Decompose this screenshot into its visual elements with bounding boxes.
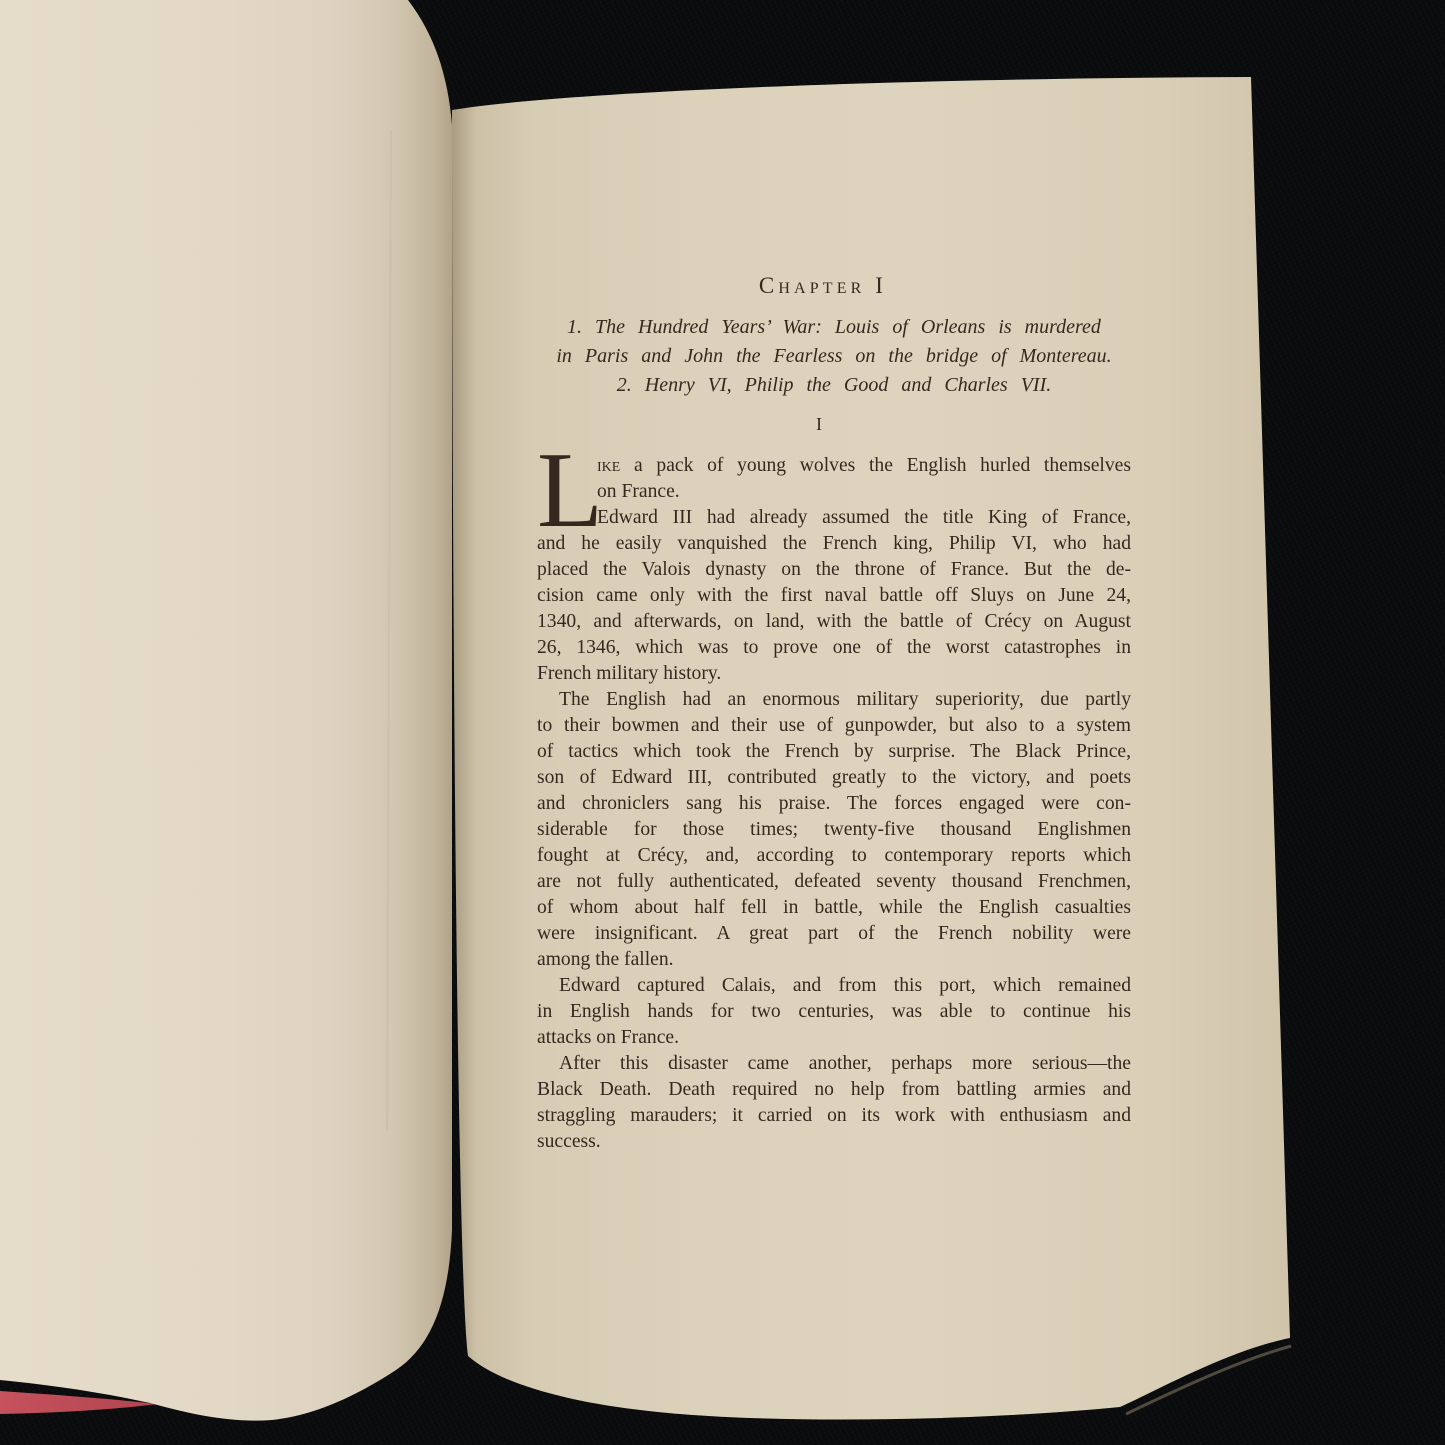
body-line: attacks on France.	[537, 1025, 1131, 1051]
opening-small-caps: ike	[597, 455, 620, 476]
body-line: of whom about half fell in battle, while…	[537, 895, 1131, 921]
body-line: and he easily vanquished the French king…	[537, 531, 1131, 557]
body-line: 26, 1346, which was to prove one of the …	[537, 635, 1131, 661]
body-line: 1340, and afterwards, on land, with the …	[537, 609, 1131, 635]
body-line: The English had an enormous military sup…	[537, 687, 1131, 713]
body-line: fought at Crécy, and, according to conte…	[537, 843, 1131, 869]
drop-cap: L	[537, 453, 593, 529]
body-line: Black Death. Death required no help from…	[537, 1077, 1131, 1103]
body-line: among the fallen.	[537, 947, 1131, 973]
body-line: French military history.	[537, 661, 1131, 687]
summary-line: 2. Henry VI, Philip the Good and Charles…	[537, 371, 1131, 400]
opening-rest: a pack of young wolves the English hurle…	[620, 455, 1131, 476]
page-text-column: Chapter I 1. The Hundred Years’ War: Lou…	[537, 0, 1131, 1155]
body-line: success.	[537, 1129, 1131, 1155]
body-line: in English hands for two centuries, was …	[537, 999, 1131, 1025]
body-line: ike a pack of young wolves the English h…	[537, 453, 1131, 479]
summary-line: in Paris and John the Fearless on the br…	[537, 342, 1131, 371]
body-line: cision came only with the first naval ba…	[537, 583, 1131, 609]
body-line: were insignificant. A great part of the …	[537, 921, 1131, 947]
body-line: on France.	[537, 479, 1131, 505]
chapter-heading: Chapter I	[526, 273, 1120, 299]
body-line: Edward captured Calais, and from this po…	[537, 973, 1131, 999]
body-line: siderable for those times; twenty-five t…	[537, 817, 1131, 843]
body-line: placed the Valois dynasty on the throne …	[537, 557, 1131, 583]
body-text: L ike a pack of young wolves the English…	[537, 453, 1131, 1155]
body-line: and chroniclers sang his praise. The for…	[537, 791, 1131, 817]
body-line: Edward III had already assumed the title…	[537, 505, 1131, 531]
body-line: to their bowmen and their use of gunpowd…	[537, 713, 1131, 739]
section-number: I	[522, 412, 1116, 436]
open-book-photo: Chapter I 1. The Hundred Years’ War: Lou…	[0, 0, 1445, 1445]
body-line: straggling marauders; it carried on its …	[537, 1103, 1131, 1129]
body-line: son of Edward III, contributed greatly t…	[537, 765, 1131, 791]
body-line: are not fully authenticated, defeated se…	[537, 869, 1131, 895]
summary-line: 1. The Hundred Years’ War: Louis of Orle…	[537, 313, 1131, 342]
chapter-summary: 1. The Hundred Years’ War: Louis of Orle…	[537, 313, 1131, 400]
body-line: After this disaster came another, perhap…	[537, 1051, 1131, 1077]
left-page	[0, 0, 452, 1421]
body-line: of tactics which took the French by surp…	[537, 739, 1131, 765]
